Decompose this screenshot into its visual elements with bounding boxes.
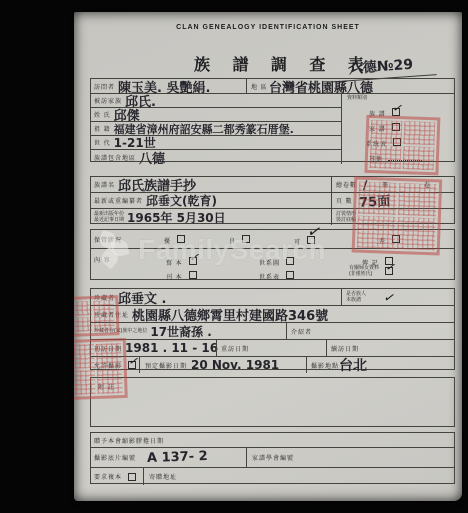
- row-coverage: 族譜包含地區 八德: [91, 150, 342, 164]
- row-condition: 保管狀況 優 良 可✓ 差: [91, 230, 454, 249]
- coverage-value: 八德: [139, 148, 165, 167]
- divider: [326, 340, 327, 356]
- checkbox: [128, 473, 136, 481]
- category-option-other: 其他: [366, 148, 422, 166]
- category-header: 資料類別: [344, 95, 370, 101]
- section-holder: 珍藏者 邱垂文 . 是否族人本族譜 ✓ 珍藏者住址 桃園縣八德鄉霄里村建國路34…: [90, 288, 455, 370]
- condition-excellent: 優: [161, 230, 185, 248]
- mail-address-label: 寄贈地址: [146, 472, 180, 481]
- category-panel: 資料類別 族 譜✓ 家 譜 系統表 其他: [342, 93, 454, 161]
- row-holder-address: 珍藏者住址 桃園縣八德鄉霄里村建國路346號: [91, 306, 454, 323]
- binding-label: 訂裝情形 裝訂底稿: [333, 211, 359, 223]
- volume-unit-2: 卷: [421, 180, 434, 189]
- next-visit-label: 續訪日期: [328, 344, 362, 353]
- row-donation-date: 贈予本會縮影膠捲日期: [91, 433, 454, 448]
- compiler-label: 最新或重編纂者: [91, 196, 146, 205]
- pages-label: 頁 數: [333, 196, 356, 205]
- compiler-value: 邱垂文(乾育): [146, 192, 217, 209]
- photo-place-label: 攝影地點: [308, 361, 342, 370]
- photo-date-label: 預定攝影日期: [142, 361, 190, 370]
- check-mark: ✓: [384, 259, 398, 274]
- condition-fair: 可✓: [291, 229, 321, 249]
- row-compiler: 最新或重編纂者 邱垂文(乾育) 頁 數 75面: [91, 193, 454, 209]
- divider: [246, 79, 247, 93]
- screenshot-root: { "colors":{"background":"#050505","pape…: [0, 0, 468, 513]
- family-label: 被訪家族: [91, 96, 125, 105]
- divider: [331, 209, 332, 225]
- position-label: 珍藏者在(家)族中之地位: [91, 328, 150, 334]
- content-printed: 刊 本: [163, 266, 197, 284]
- society-number-label: 家譜學會編號: [249, 453, 297, 462]
- condition-label: 保管狀況: [91, 235, 125, 244]
- origin-label: 祖 籍: [91, 124, 114, 133]
- content-pedigree-table: 世系表: [256, 266, 294, 284]
- row-holder-position: 珍藏者在(家)族中之地位 17世裔孫 . 介紹者: [91, 323, 454, 340]
- divider: [306, 357, 307, 373]
- divider: [331, 177, 332, 192]
- volumes-label: 總卷數: [333, 180, 360, 189]
- name-label: 族譜名: [91, 180, 118, 189]
- checkbox: [393, 138, 401, 146]
- section-identification: 訪問者 陳玉美. 吳艷絹. 地 區 台灣省桃園縣八德 被訪家族 邱氏. 姓 氏 …: [90, 78, 455, 162]
- divider: [331, 193, 332, 208]
- surname-label: 姓 氏: [91, 110, 114, 119]
- coverage-label: 族譜包含地區: [91, 153, 139, 162]
- divider: [286, 323, 287, 339]
- divider: [216, 340, 217, 356]
- photo-place-value: 台北: [339, 355, 367, 375]
- check-mark: ✓: [188, 249, 202, 264]
- donation-label: 贈予本會縮影膠捲日期: [91, 436, 167, 445]
- photo-permit-label: 允許攝影: [91, 361, 125, 370]
- address-label: 珍藏者住址: [91, 310, 132, 319]
- address-value: 桃園縣八德鄉霄里村建國路346號: [132, 305, 328, 324]
- notes-label: 附 註: [95, 382, 118, 391]
- row-publication: 最新出版年份 最近記事日期 1965年 5月30日 訂裝情形 裝訂底稿: [91, 209, 454, 225]
- section-archive: 贈予本會縮影膠捲日期 攝影底片編號 A 137- 2 家譜學會編號 要求複本 寄…: [90, 432, 455, 484]
- region-label: 地 區: [248, 82, 271, 91]
- english-title: CLAN GENEALOGY IDENTIFICATION SHEET: [74, 24, 462, 31]
- row-contents: 內 容 寫 本✓ 世系圖 傳 記 刊 本 世系表 有關婦女資料 (非僅姓氏) ✓: [91, 249, 454, 280]
- pages-value: 75面: [359, 190, 391, 211]
- first-visit-label: 初訪日期: [91, 344, 125, 353]
- divider: [143, 468, 144, 485]
- volumes-value: ∕: [363, 178, 367, 192]
- contents-label: 內 容: [91, 255, 114, 264]
- introducer-label: 介紹者: [288, 327, 315, 336]
- first-visit-value: 1981 . 11 - 16: [125, 341, 218, 355]
- row-genealogy-name: 族譜名 邱氏族譜手抄 總卷數 ∕ 冊 卷: [91, 177, 454, 193]
- row-photography: 允許攝影 ✓ 預定攝影日期 20 Nov. 1981 攝影地點 台北: [91, 357, 454, 373]
- row-generations: 世 代 1-21世: [91, 136, 342, 150]
- volume-unit-1: 冊: [379, 180, 392, 189]
- copy-request-label: 要求複本: [91, 472, 125, 481]
- publication-value: 1965年 5月30日: [127, 209, 226, 226]
- section-condition: 保管狀況 優 良 可✓ 差 內 容 寫 本✓ 世系圖 傳 記 刊 本 世系表 有…: [90, 229, 455, 280]
- generation-label: 世 代: [91, 138, 114, 147]
- content-women-data: 有關婦女資料 (非僅姓氏) ✓: [346, 262, 396, 280]
- dotted-line: [388, 154, 422, 161]
- row-holder: 珍藏者 邱垂文 . 是否族人本族譜 ✓: [91, 289, 454, 306]
- row-copy-request: 要求複本 寄贈地址: [91, 468, 454, 485]
- position-value: 17世裔孫 .: [150, 323, 211, 340]
- holder-label: 珍藏者: [91, 293, 118, 302]
- checkbox: [392, 123, 400, 131]
- section-genealogy-info: 族譜名 邱氏族譜手抄 總卷數 ∕ 冊 卷 最新或重編纂者 邱垂文(乾育) 頁 數…: [90, 176, 455, 224]
- clan-member-label: 是否族人本族譜: [343, 291, 369, 303]
- film-number-label: 攝影底片編號: [91, 453, 139, 462]
- publication-label: 最新出版年份 最近記事日期: [91, 211, 127, 223]
- revisit-label: 重訪日期: [218, 344, 252, 353]
- document-sheet: CLAN GENEALOGY IDENTIFICATION SHEET 族 譜 …: [74, 12, 462, 501]
- condition-good: 良: [226, 230, 250, 248]
- check-mark: ✓: [391, 100, 405, 115]
- row-film-number: 攝影底片編號 A 137- 2 家譜學會編號: [91, 448, 454, 468]
- visitor-label: 訪問者: [91, 82, 118, 91]
- divider: [246, 448, 247, 467]
- divider: [139, 357, 140, 373]
- divider: [341, 289, 342, 305]
- film-number-value: A 137- 2: [147, 449, 208, 466]
- photo-date-value: 20 Nov. 1981: [191, 358, 279, 372]
- condition-poor: 差: [376, 230, 400, 248]
- check-mark: ✓: [382, 289, 398, 306]
- row-visit-dates: 初訪日期 1981 . 11 - 16 重訪日期 續訪日期: [91, 340, 454, 357]
- section-notes: 附 註: [90, 377, 455, 427]
